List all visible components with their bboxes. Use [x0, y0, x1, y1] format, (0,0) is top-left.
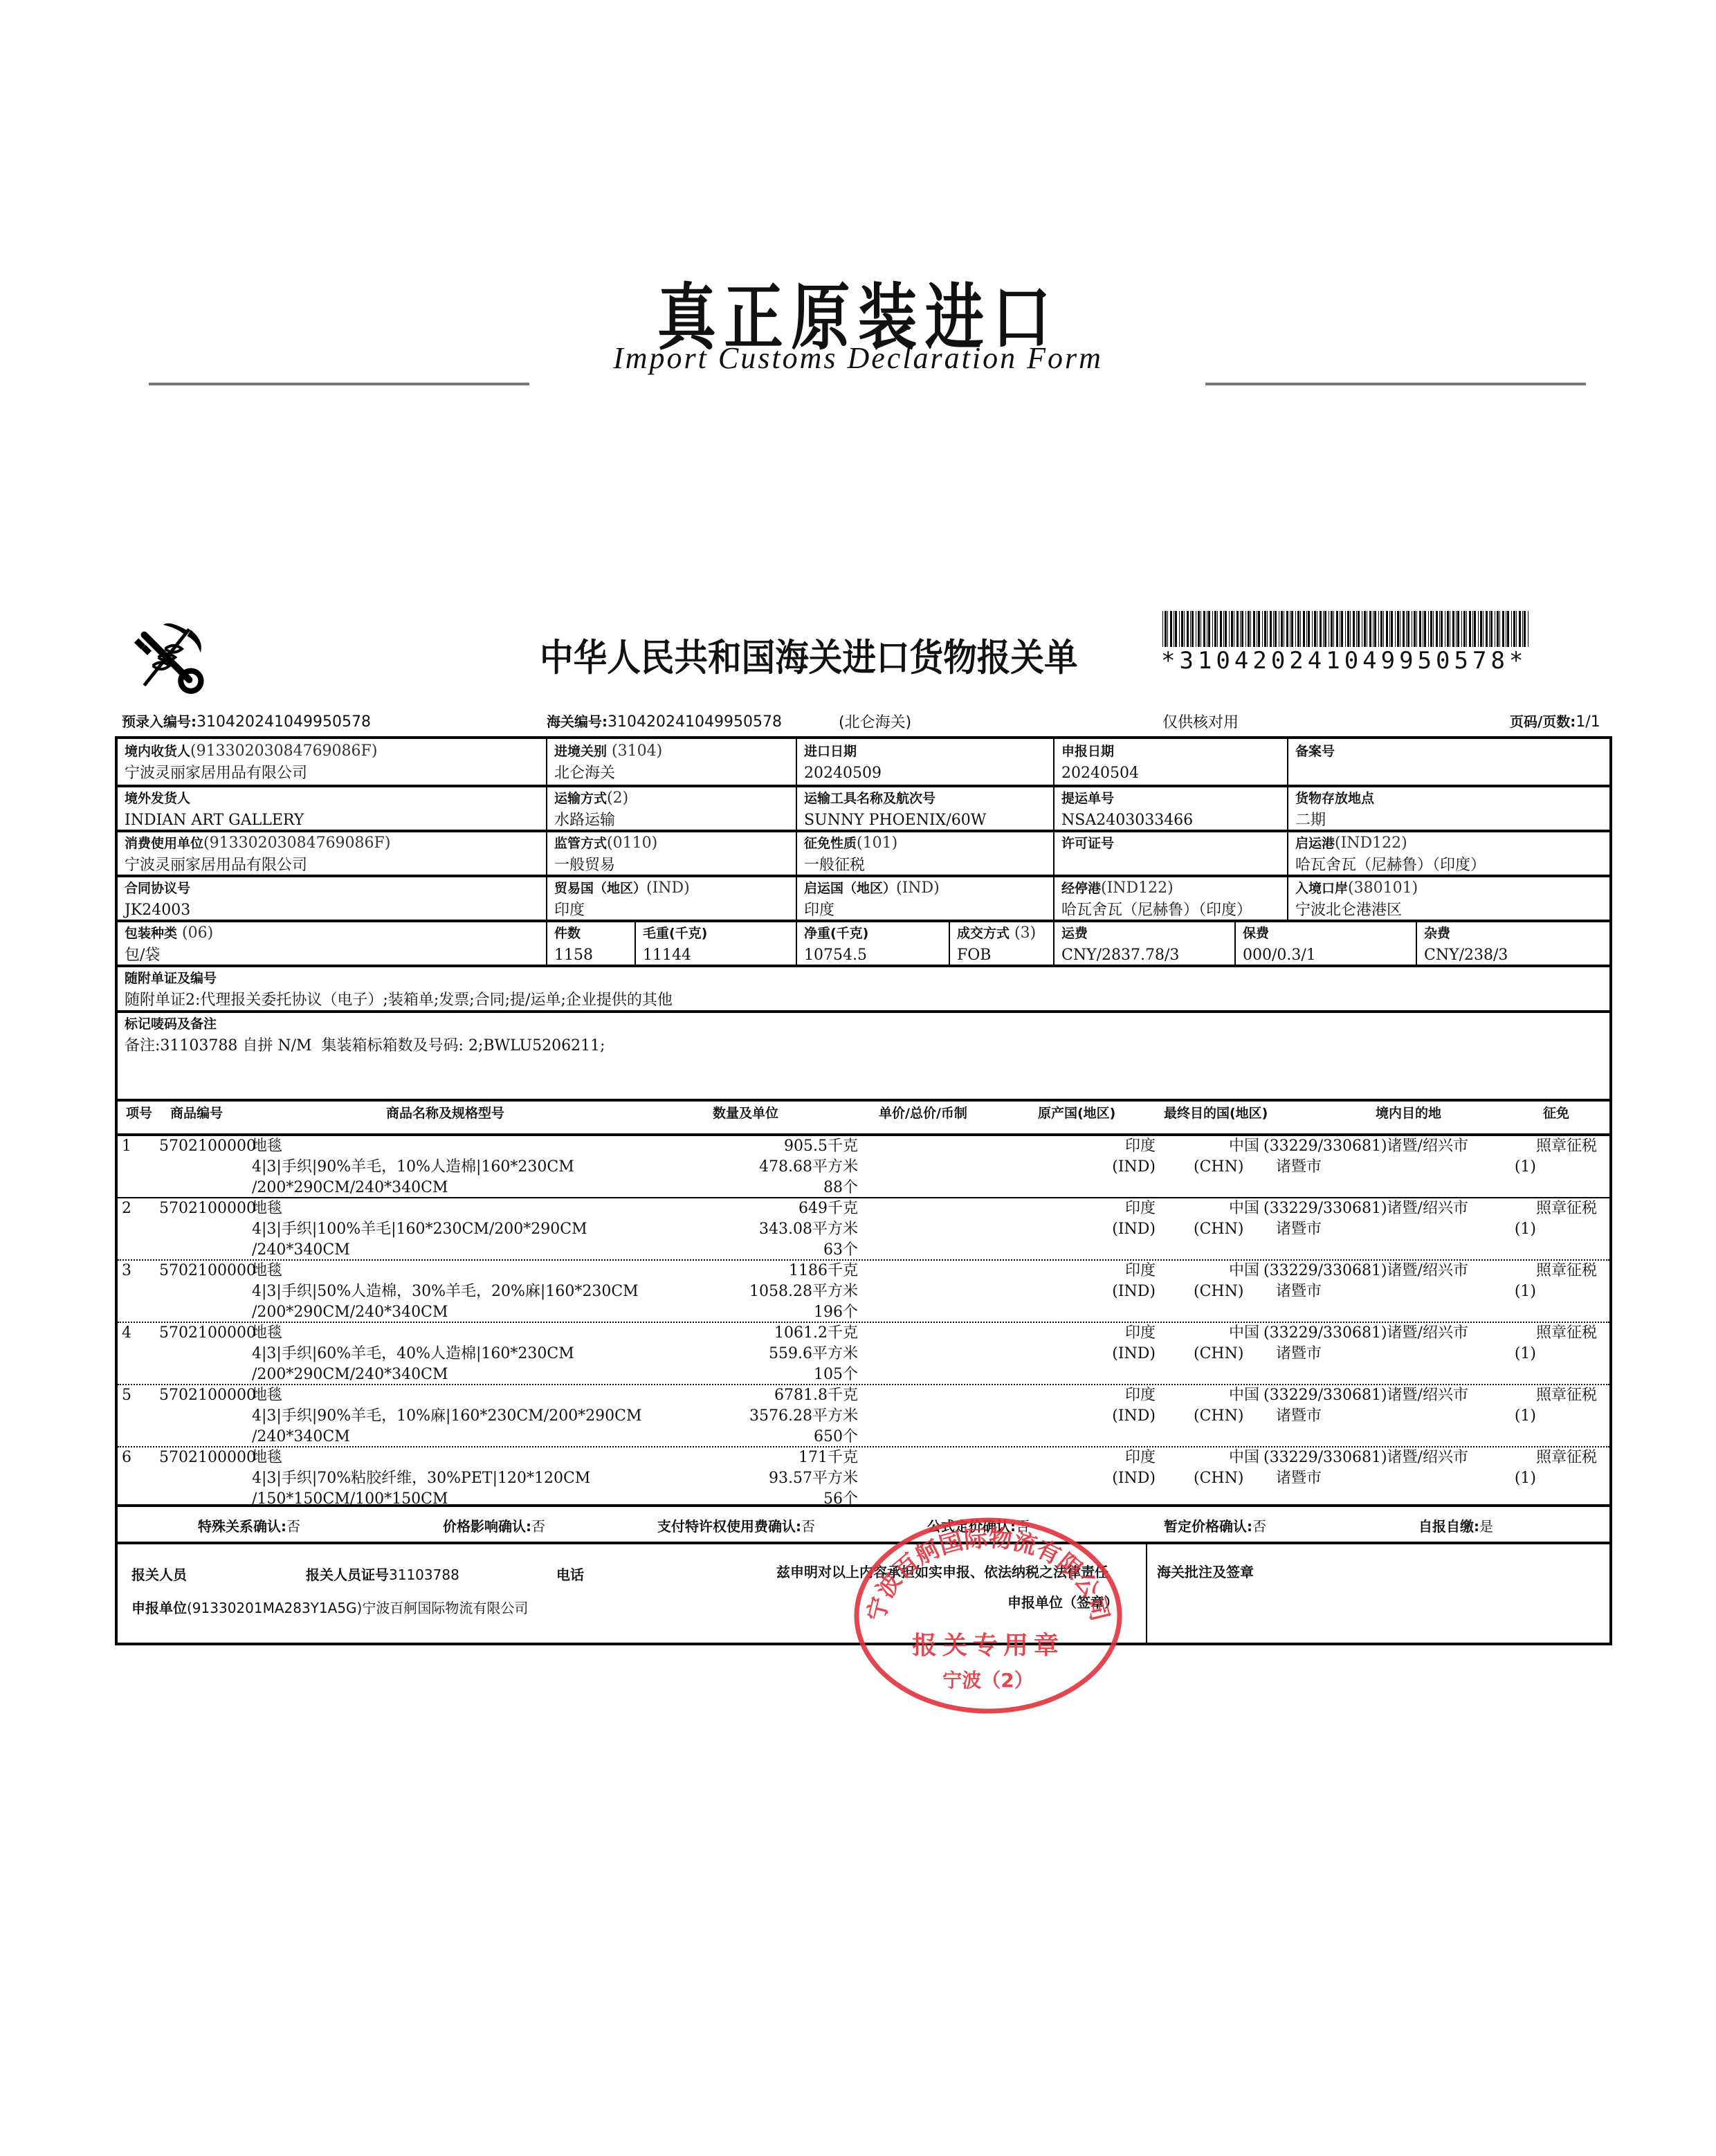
item-qty3: 105个 [720, 1364, 858, 1385]
item-qty3: 196个 [720, 1302, 858, 1323]
item-no: 6 [122, 1447, 131, 1468]
field-freight: 运费 CNY/2837.78/3 [1055, 921, 1236, 965]
field-record-no: 备案号 [1288, 739, 1609, 785]
item-origin: 印度 [1072, 1447, 1156, 1468]
item-qty1: 171千克 [720, 1447, 858, 1468]
item-spec1: 4|3|手织|70%粘胶纤维，30%PET|120*120CM [252, 1468, 590, 1489]
field-contract-no: 合同协议号 JK24003 [118, 876, 547, 920]
confirm-self-declare: 自报自缴:是 [1418, 1515, 1493, 1535]
item-domestic2: 诸暨市 [1156, 1219, 1322, 1240]
item-origin-code: (IND) [1072, 1219, 1156, 1240]
item-no: 3 [122, 1261, 131, 1281]
svg-text:报关专用章: 报关专用章 [912, 1631, 1064, 1660]
confirm-special-relation: 特殊关系确认:否 [198, 1515, 300, 1535]
field-misc-fee: 杂费 CNY/238/3 [1417, 921, 1609, 965]
item-dest: 中国 [1229, 1323, 1259, 1344]
signature-divider [1146, 1543, 1147, 1644]
hero-divider-left [149, 383, 529, 385]
item-hs-code: 5702100000 [159, 1261, 256, 1281]
item-qty1: 1061.2千克 [720, 1323, 858, 1344]
item-hs-code: 5702100000 [159, 1385, 256, 1406]
declarant: 申报单位(91330201MA283Y1A5G)宁波百舸国际物流有限公司 [131, 1597, 528, 1617]
item-origin-code: (IND) [1072, 1344, 1156, 1364]
item-domestic2: 诸暨市 [1156, 1344, 1322, 1364]
item-domestic1: (33229/330681)诸暨/绍兴市 [1263, 1136, 1468, 1157]
page-number: 页码/页数:1/1 [1510, 711, 1600, 731]
customs-approval-label: 海关批注及签章 [1157, 1561, 1254, 1581]
field-transport-mode: 运输方式(2) 水路运输 [547, 786, 797, 830]
item-domestic1: (33229/330681)诸暨/绍兴市 [1263, 1447, 1468, 1468]
item-hs-code: 5702100000 [159, 1136, 256, 1157]
item-qty2: 93.57平方米 [720, 1468, 858, 1489]
item-levy1: 照章征税 [1536, 1447, 1597, 1468]
item-domestic2: 诸暨市 [1156, 1468, 1322, 1489]
item-domestic1: (33229/330681)诸暨/绍兴市 [1263, 1261, 1468, 1281]
item-spec2: /240*340CM [252, 1240, 350, 1261]
field-bill-no: 提运单号 NSA2403033466 [1055, 786, 1288, 830]
pre-entry-number: 预录入编号:310420241049950578 [122, 711, 371, 731]
field-consumer: 消费使用单位(91330203084769086F) 宁波灵丽家居用品有限公司 [118, 831, 547, 875]
item-domestic2: 诸暨市 [1156, 1157, 1322, 1178]
confirm-royalty: 支付特许权使用费确认:否 [657, 1515, 815, 1535]
item-levy1: 照章征税 [1536, 1198, 1597, 1219]
item-levy1: 照章征税 [1536, 1136, 1597, 1157]
item-domestic1: (33229/330681)诸暨/绍兴市 [1263, 1385, 1468, 1406]
item-spec1: 4|3|手织|90%羊毛，10%麻|160*230CM/200*290CM [252, 1406, 642, 1427]
field-gross-weight: 毛重(千克) 11144 [636, 921, 797, 965]
item-name: 地毯 [252, 1447, 282, 1468]
broker-label: 报关人员 [131, 1564, 187, 1584]
item-name: 地毯 [252, 1136, 282, 1157]
verification-notice: 仅供核对用 [1162, 711, 1239, 732]
item-origin-code: (IND) [1072, 1406, 1156, 1427]
field-package-type: 包装种类 (06) 包/袋 [118, 921, 547, 965]
item-domestic1: (33229/330681)诸暨/绍兴市 [1263, 1323, 1468, 1344]
item-domestic1: (33229/330681)诸暨/绍兴市 [1263, 1198, 1468, 1219]
item-qty3: 88个 [720, 1178, 858, 1198]
item-spec1: 4|3|手织|100%羊毛|160*230CM/200*290CM [252, 1219, 587, 1240]
item-dest: 中国 [1229, 1385, 1259, 1406]
item-qty2: 343.08平方米 [720, 1219, 858, 1240]
item-row: 15702100000地毯4|3|手织|90%羊毛，10%人造棉|160*230… [118, 1136, 1609, 1198]
barcode-number: *310420241049950578* [1161, 647, 1527, 675]
field-entry-port: 入境口岸(380101) 宁波北仑港港区 [1288, 876, 1609, 920]
item-domestic2: 诸暨市 [1156, 1281, 1322, 1302]
item-domestic2: 诸暨市 [1156, 1406, 1322, 1427]
item-name: 地毯 [252, 1323, 282, 1344]
item-hs-code: 5702100000 [159, 1198, 256, 1219]
item-dest: 中国 [1229, 1447, 1259, 1468]
item-qty2: 478.68平方米 [720, 1157, 858, 1178]
field-import-date: 进口日期 20240509 [797, 739, 1055, 785]
item-qty1: 6781.8千克 [720, 1385, 858, 1406]
item-spec2: /200*290CM/240*340CM [252, 1364, 448, 1385]
item-row: 65702100000地毯4|3|手织|70%粘胶纤维，30%PET|120*1… [118, 1447, 1609, 1510]
field-vessel-voyage: 运输工具名称及航次号 SUNNY PHOENIX/60W [797, 786, 1055, 830]
item-origin: 印度 [1072, 1136, 1156, 1157]
item-no: 2 [122, 1198, 131, 1219]
item-hs-code: 5702100000 [159, 1323, 256, 1344]
item-no: 1 [122, 1136, 131, 1157]
item-levy1: 照章征税 [1536, 1323, 1597, 1344]
items-header: 项号 商品编号 商品名称及规格型号 数量及单位 单价/总价/币制 原产国(地区)… [118, 1103, 1609, 1124]
item-qty2: 1058.28平方米 [720, 1281, 858, 1302]
phone-label: 电话 [556, 1564, 584, 1584]
item-row: 25702100000地毯4|3|手织|100%羊毛|160*230CM/200… [118, 1198, 1609, 1261]
item-no: 4 [122, 1323, 131, 1344]
item-dest: 中国 [1229, 1198, 1259, 1219]
item-origin: 印度 [1072, 1323, 1156, 1344]
item-origin-code: (IND) [1072, 1281, 1156, 1302]
form-title: 中华人民共和国海关进口货物报关单 [540, 628, 1078, 682]
item-origin: 印度 [1072, 1385, 1156, 1406]
customs-key-caduceus-icon [125, 616, 214, 699]
item-levy1: 照章征税 [1536, 1385, 1597, 1406]
item-spec2: /240*340CM [252, 1427, 350, 1447]
barcode [1162, 611, 1529, 647]
field-documents: 随附单证及编号 随附单证2:代理报关委托协议（电子）;装箱单;发票;合同;提/运… [118, 966, 1609, 1010]
item-row: 45702100000地毯4|3|手织|60%羊毛，40%人造棉|160*230… [118, 1323, 1609, 1385]
field-shipper: 境外发货人 INDIAN ART GALLERY [118, 786, 547, 830]
field-consignee: 境内收货人(91330203084769086F) 宁波灵丽家居用品有限公司 [118, 739, 547, 785]
field-marks-remarks: 标记唛码及备注 备注:31103788 自拼 N/M 集装箱标箱数及号码: 2;… [118, 1012, 1609, 1099]
field-departure-country: 启运国（地区）(IND) 印度 [797, 876, 1055, 920]
item-hs-code: 5702100000 [159, 1447, 256, 1468]
field-deal-mode: 成交方式 (3) FOB [950, 921, 1055, 965]
item-name: 地毯 [252, 1385, 282, 1406]
item-spec1: 4|3|手织|60%羊毛，40%人造棉|160*230CM [252, 1344, 574, 1364]
item-levy2: (1) [1471, 1468, 1536, 1489]
field-declare-date: 申报日期 20240504 [1055, 739, 1288, 785]
item-origin-code: (IND) [1072, 1157, 1156, 1178]
customs-number: 海关编号:310420241049950578 [547, 711, 782, 731]
broker-id: 报关人员证号31103788 [306, 1564, 459, 1584]
hero-title-en: Import Customs Declaration Form [0, 340, 1716, 376]
item-levy2: (1) [1471, 1281, 1536, 1302]
item-levy1: 照章征税 [1536, 1261, 1597, 1281]
item-origin: 印度 [1072, 1198, 1156, 1219]
item-name: 地毯 [252, 1261, 282, 1281]
field-storage-place: 货物存放地点 二期 [1288, 786, 1609, 830]
item-qty1: 905.5千克 [720, 1136, 858, 1157]
item-levy2: (1) [1471, 1406, 1536, 1427]
field-levy-nature: 征免性质(101) 一般征税 [797, 831, 1055, 875]
field-net-weight: 净重(千克) 10754.5 [797, 921, 950, 965]
item-origin-code: (IND) [1072, 1468, 1156, 1489]
item-origin: 印度 [1072, 1261, 1156, 1281]
confirm-provisional-price: 暂定价格确认:否 [1164, 1515, 1266, 1535]
item-levy2: (1) [1471, 1219, 1536, 1240]
item-dest: 中国 [1229, 1136, 1259, 1157]
customs-office: (北仑海关) [839, 711, 911, 732]
field-entry-customs: 进境关别 (3104) 北仑海关 [547, 739, 797, 785]
item-spec2: /200*290CM/240*340CM [252, 1302, 448, 1323]
item-qty2: 3576.28平方米 [720, 1406, 858, 1427]
hero-divider-right [1205, 383, 1586, 385]
svg-text:宁波（2）: 宁波（2） [942, 1669, 1033, 1692]
field-supervision: 监管方式(0110) 一般贸易 [547, 831, 797, 875]
item-levy2: (1) [1471, 1157, 1536, 1178]
declaration-form: 境内收货人(91330203084769086F) 宁波灵丽家居用品有限公司 进… [115, 736, 1612, 1645]
item-qty1: 1186千克 [720, 1261, 858, 1281]
item-no: 5 [122, 1385, 131, 1406]
field-departure-port: 启运港(IND122) 哈瓦舍瓦（尼赫鲁）（印度） [1288, 831, 1609, 875]
field-trade-country: 贸易国（地区）(IND) 印度 [547, 876, 797, 920]
item-row: 35702100000地毯4|3|手织|50%人造棉，30%羊毛，20%麻|16… [118, 1261, 1609, 1323]
item-levy2: (1) [1471, 1344, 1536, 1364]
item-row: 55702100000地毯4|3|手织|90%羊毛，10%麻|160*230CM… [118, 1385, 1609, 1447]
confirm-price-influence: 价格影响确认:否 [443, 1515, 545, 1535]
item-qty3: 63个 [720, 1240, 858, 1261]
svg-text:宁波百舸国际物流有限公司: 宁波百舸国际物流有限公司 [862, 1524, 1113, 1624]
item-spec1: 4|3|手织|50%人造棉，30%羊毛，20%麻|160*230CM [252, 1281, 639, 1302]
item-spec2: /200*290CM/240*340CM [252, 1178, 448, 1198]
item-name: 地毯 [252, 1198, 282, 1219]
field-license-no: 许可证号 [1055, 831, 1288, 875]
customs-seal-stamp: 宁波百舸国际物流有限公司 报关专用章 宁波（2） [850, 1515, 1126, 1716]
item-qty2: 559.6平方米 [720, 1344, 858, 1364]
field-transit-port: 经停港(IND122) 哈瓦舍瓦（尼赫鲁）（印度） [1055, 876, 1288, 920]
item-qty3: 650个 [720, 1427, 858, 1447]
field-pieces: 件数 1158 [547, 921, 636, 965]
item-spec1: 4|3|手织|90%羊毛，10%人造棉|160*230CM [252, 1157, 574, 1178]
item-dest: 中国 [1229, 1261, 1259, 1281]
item-qty1: 649千克 [720, 1198, 858, 1219]
field-insurance: 保费 000/0.3/1 [1236, 921, 1417, 965]
